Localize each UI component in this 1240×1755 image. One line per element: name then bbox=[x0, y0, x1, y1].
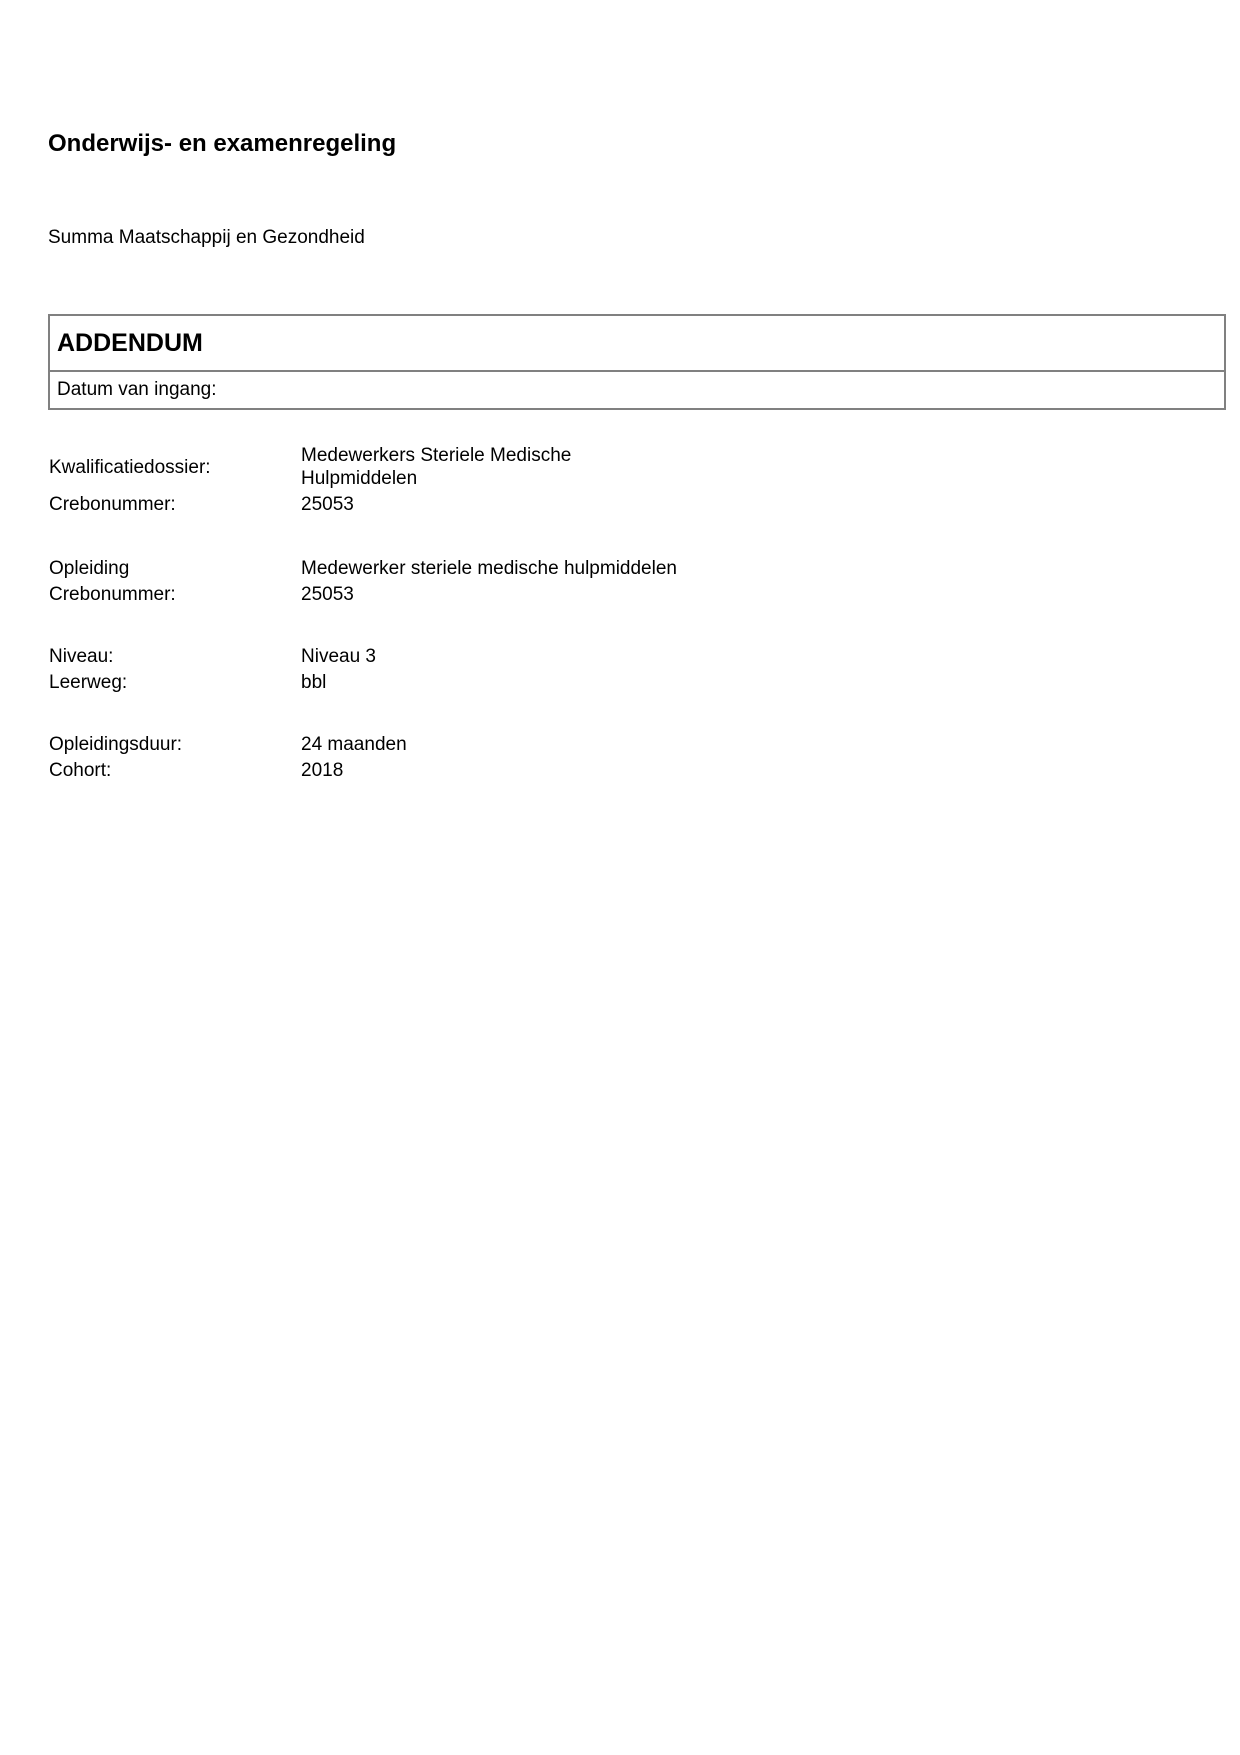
field-value-cohort: 2018 bbox=[301, 759, 949, 782]
kwalificatiedossier-group: Kwalificatiedossier: Medewerkers Steriel… bbox=[49, 444, 949, 519]
field-value-dossier-crebonummer: 25053 bbox=[301, 493, 949, 516]
field-row-cohort: Cohort: 2018 bbox=[49, 759, 949, 782]
niveau-group: Niveau: Niveau 3 Leerweg: bbl bbox=[49, 645, 949, 697]
field-label-dossier-crebonummer: Crebonummer: bbox=[49, 493, 301, 516]
field-row-kwalificatiedossier: Kwalificatiedossier: Medewerkers Steriel… bbox=[49, 444, 949, 490]
field-label-leerweg: Leerweg: bbox=[49, 671, 301, 694]
field-row-niveau: Niveau: Niveau 3 bbox=[49, 645, 949, 668]
field-row-opleiding-crebonummer: Crebonummer: 25053 bbox=[49, 583, 949, 606]
date-label: Datum van ingang: bbox=[57, 379, 217, 401]
field-label-opleiding: Opleiding bbox=[49, 557, 301, 580]
field-value-opleiding: Medewerker steriele medische hulpmiddele… bbox=[301, 557, 949, 580]
document-title: Onderwijs- en examenregeling bbox=[48, 130, 396, 158]
opleiding-group: Opleiding Medewerker steriele medische h… bbox=[49, 557, 949, 609]
field-value-opleiding-crebonummer: 25053 bbox=[301, 583, 949, 606]
field-label-niveau: Niveau: bbox=[49, 645, 301, 668]
field-row-opleiding: Opleiding Medewerker steriele medische h… bbox=[49, 557, 949, 580]
field-value-niveau: Niveau 3 bbox=[301, 645, 949, 668]
field-row-opleidingsduur: Opleidingsduur: 24 maanden bbox=[49, 733, 949, 756]
field-label-opleidingsduur: Opleidingsduur: bbox=[49, 733, 301, 756]
document-subtitle: Summa Maatschappij en Gezondheid bbox=[48, 227, 365, 249]
field-value-kwalificatiedossier: Medewerkers Steriele Medische Hulpmiddel… bbox=[301, 444, 601, 490]
addendum-box: ADDENDUM Datum van ingang: bbox=[48, 314, 1226, 410]
addendum-heading: ADDENDUM bbox=[50, 316, 1224, 372]
field-label-kwalificatiedossier: Kwalificatiedossier: bbox=[49, 456, 301, 479]
field-value-opleidingsduur: 24 maanden bbox=[301, 733, 949, 756]
duur-group: Opleidingsduur: 24 maanden Cohort: 2018 bbox=[49, 733, 949, 785]
field-label-cohort: Cohort: bbox=[49, 759, 301, 782]
field-label-opleiding-crebonummer: Crebonummer: bbox=[49, 583, 301, 606]
addendum-date-row: Datum van ingang: bbox=[50, 372, 1224, 408]
field-row-dossier-crebonummer: Crebonummer: 25053 bbox=[49, 493, 949, 516]
field-value-leerweg: bbl bbox=[301, 671, 949, 694]
field-row-leerweg: Leerweg: bbl bbox=[49, 671, 949, 694]
